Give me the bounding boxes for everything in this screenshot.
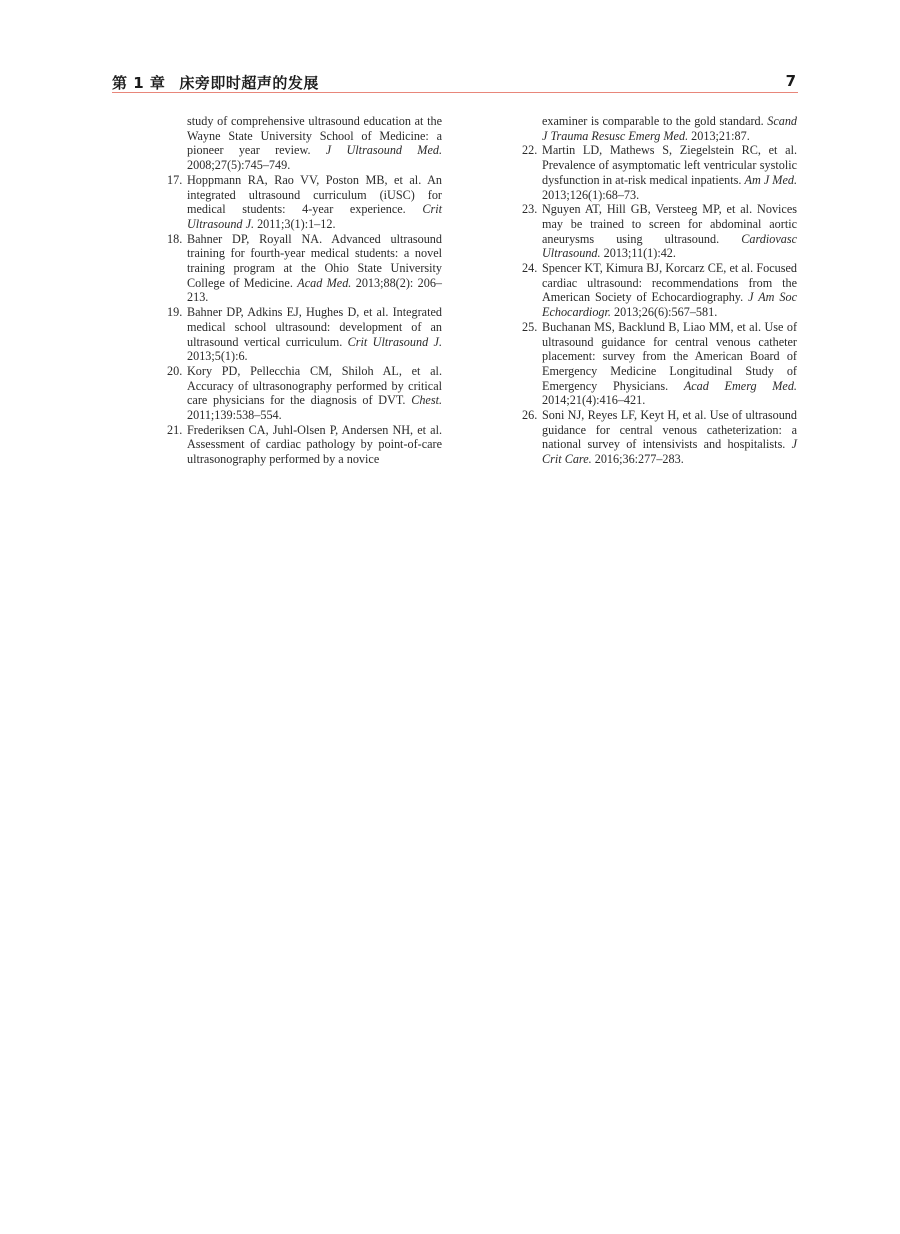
reference-item: 25.Buchanan MS, Backlund B, Liao MM, et … bbox=[522, 320, 797, 408]
reference-item: 22.Martin LD, Mathews S, Ziegelstein RC,… bbox=[522, 143, 797, 202]
reference-item: 24.Spencer KT, Kimura BJ, Korcarz CE, et… bbox=[522, 261, 797, 320]
page-number: 7 bbox=[786, 72, 796, 90]
chapter-name: 床旁即时超声的发展 bbox=[179, 74, 319, 92]
reference-item: examiner is comparable to the gold stand… bbox=[522, 114, 797, 143]
reference-item: 23.Nguyen AT, Hill GB, Versteeg MP, et a… bbox=[522, 202, 797, 261]
reference-item: 26.Soni NJ, Reyes LF, Keyt H, et al. Use… bbox=[522, 408, 797, 467]
reference-item: 17.Hoppmann RA, Rao VV, Poston MB, et al… bbox=[167, 173, 442, 232]
reference-item: 21.Frederiksen CA, Juhl-Olsen P, Anderse… bbox=[167, 423, 442, 467]
reference-item: study of comprehensive ultrasound educat… bbox=[167, 114, 442, 173]
references-right-column: examiner is comparable to the gold stand… bbox=[522, 114, 797, 467]
reference-item: 20.Kory PD, Pellecchia CM, Shiloh AL, et… bbox=[167, 364, 442, 423]
chapter-label: 第 1 章 bbox=[112, 74, 165, 92]
references-left-column: study of comprehensive ultrasound educat… bbox=[167, 114, 442, 467]
reference-item: 19.Bahner DP, Adkins EJ, Hughes D, et al… bbox=[167, 305, 442, 364]
reference-item: 18.Bahner DP, Royall NA. Advanced ultras… bbox=[167, 232, 442, 306]
running-header: 第 1 章床旁即时超声的发展 7 bbox=[112, 72, 798, 93]
chapter-title: 第 1 章床旁即时超声的发展 bbox=[112, 72, 319, 93]
